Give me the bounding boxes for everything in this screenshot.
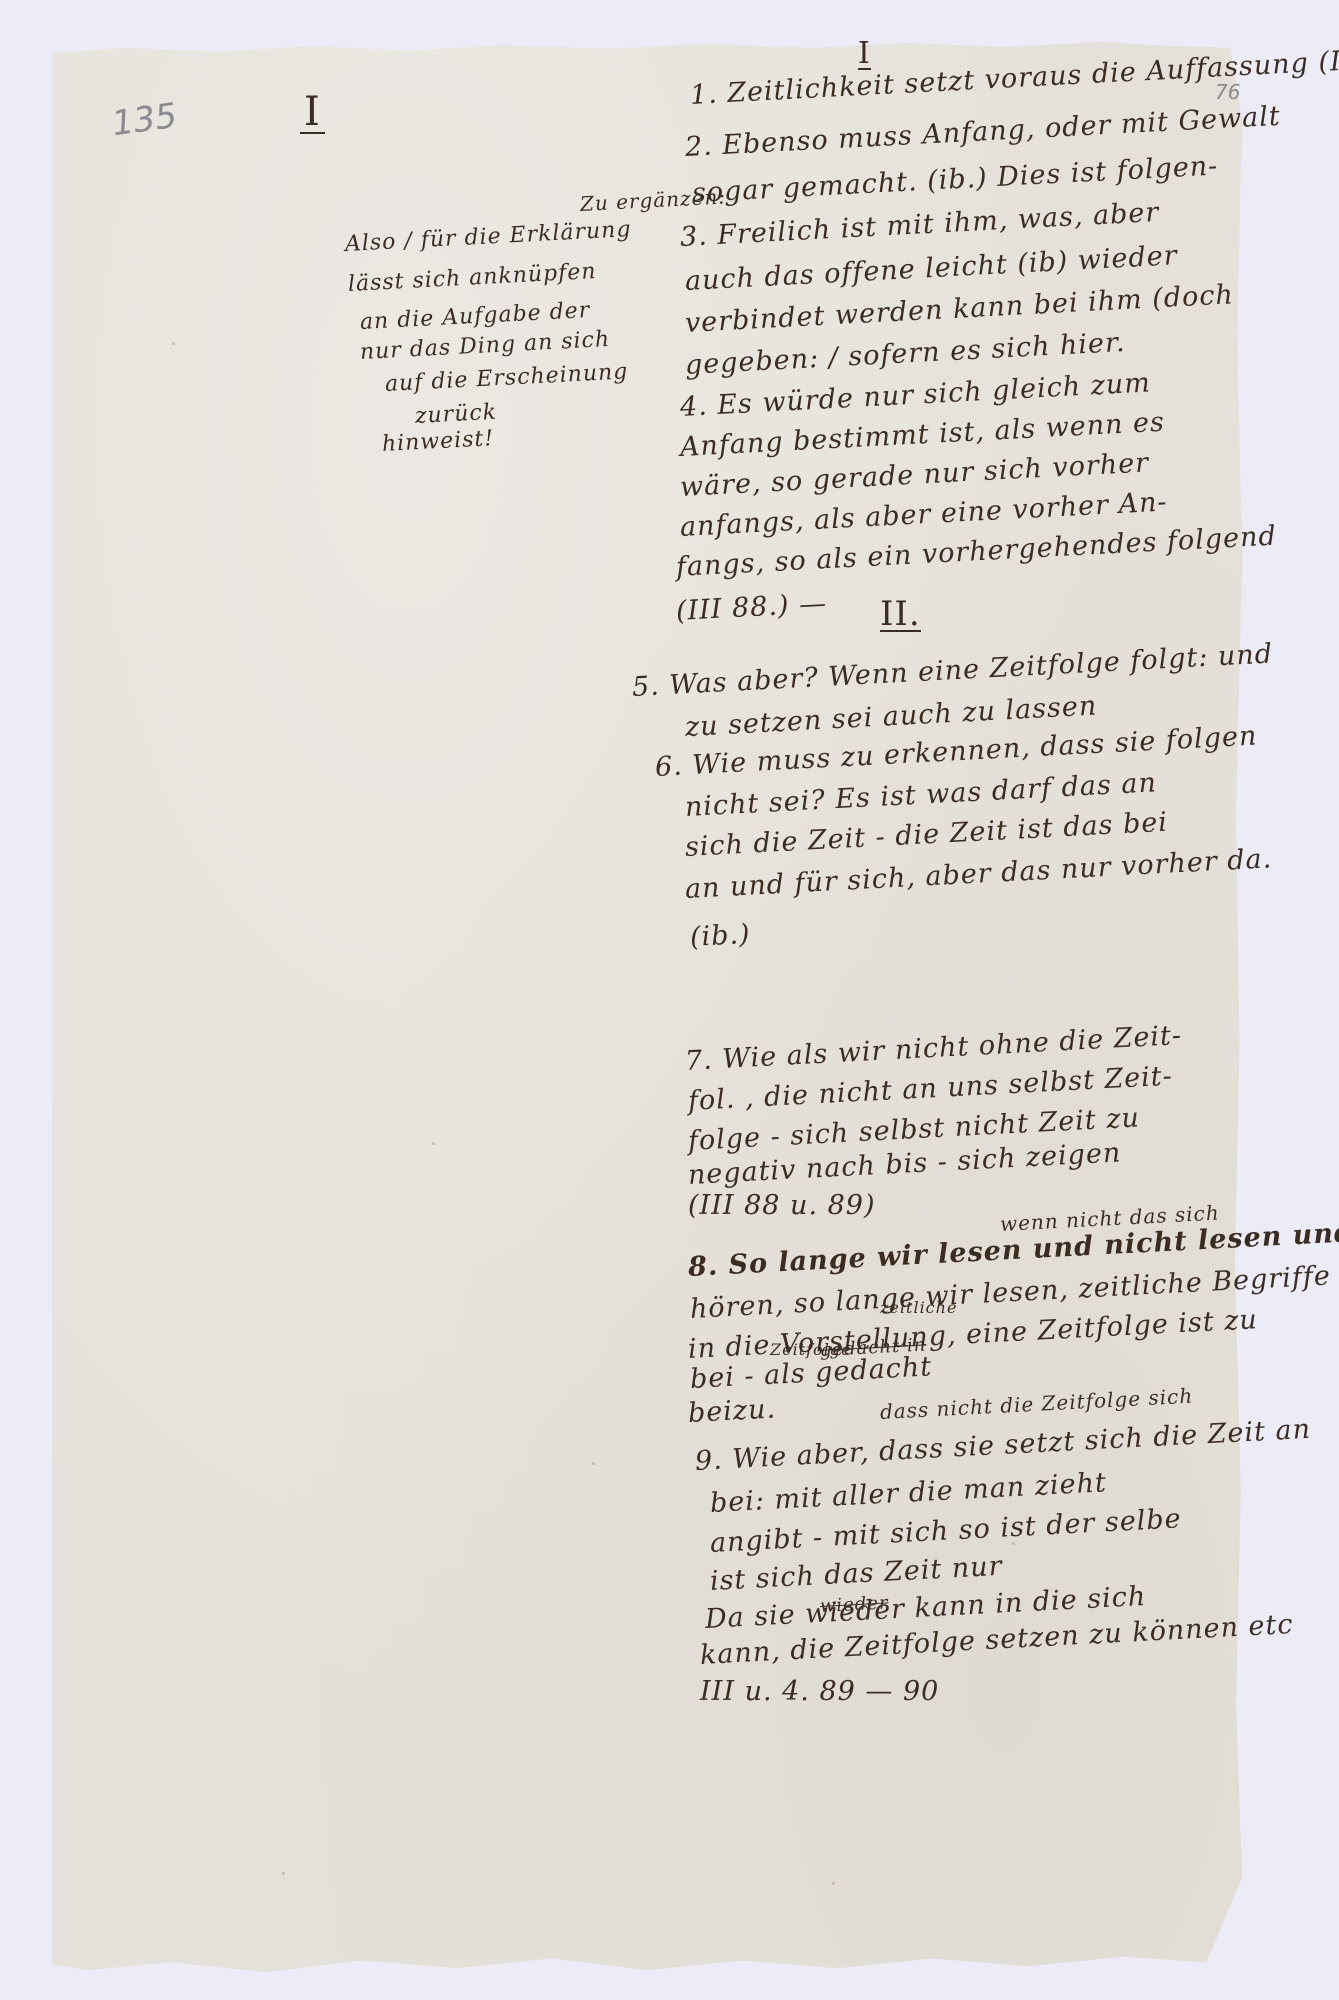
page-number: 76 — [1215, 80, 1240, 104]
struck-text: wieder — [819, 1592, 889, 1617]
interlinear-insert: zeitliche — [880, 1298, 957, 1317]
section-2-line: (ib.) — [689, 919, 751, 953]
paper-speck — [832, 1882, 835, 1885]
paper-speck — [592, 1462, 595, 1465]
section-2-heading: II. — [880, 598, 921, 632]
section-3-line: (III 88 u. 89) — [688, 1190, 876, 1221]
section-5-line: III u. 4. 89 — 90 — [700, 1676, 939, 1707]
left-heading: I — [300, 92, 325, 134]
section-1-heading: I — [858, 40, 871, 70]
paper-speck — [282, 1872, 285, 1875]
section-4-line: beizu. — [687, 1393, 777, 1429]
paper-speck — [432, 1142, 435, 1145]
margin-note-line: zurück — [414, 400, 497, 429]
paper-speck — [172, 342, 175, 345]
